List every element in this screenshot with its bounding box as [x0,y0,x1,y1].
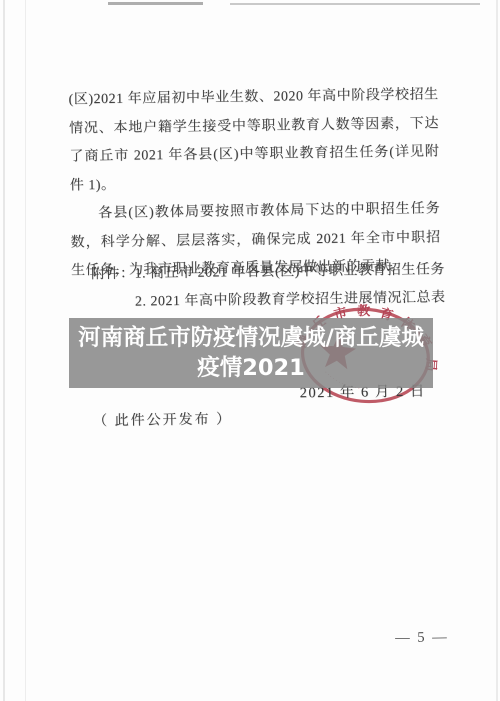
attachment-label: 附件： [91,261,135,318]
attachment-item: 1. 商丘市 2021 年各县(区)中等职业教育招生任务 [134,256,451,288]
watermark-line-1: 河南商丘市防疫情况虞城/商丘虞城 [69,323,433,353]
public-release-note: （ 此件公开发布 ） [93,408,232,430]
watermark-line-2: 疫情2021 [69,353,433,383]
body-text: (区)2021 年应届初中毕业生数、2020 年高中阶段学校招生情况、本地户籍学… [68,81,441,286]
paragraph: (区)2021 年应届初中毕业生数、2020 年高中阶段学校招生情况、本地户籍学… [68,81,440,200]
scanned-document-page: (区)2021 年应届初中毕业生数、2020 年高中阶段学校招生情况、本地户籍学… [0,0,500,701]
watermark-banner: 河南商丘市防疫情况虞城/商丘虞城 疫情2021 [69,318,433,388]
page-number: — 5 — [395,629,449,647]
